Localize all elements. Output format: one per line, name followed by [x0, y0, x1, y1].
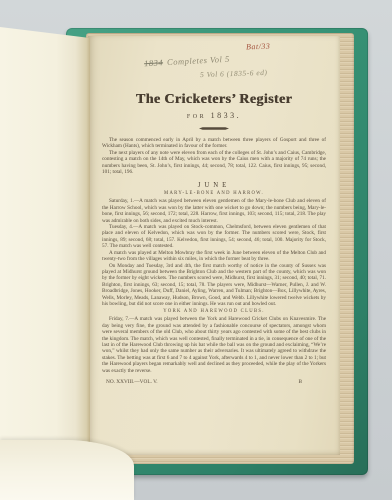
page-title: The Cricketers’ Register: [102, 92, 326, 108]
intro-paragraph: The season commenced early in April by a…: [102, 137, 326, 150]
flyleaf-bottom-curl: [0, 440, 134, 500]
match-paragraph: A match was played at Melton Mowbray the…: [102, 250, 326, 263]
footer-gathering-mark: B: [298, 379, 302, 385]
swelled-rule-divider: [199, 127, 229, 130]
section-heading-marylebone: MARY-LE-BONE AND HARROW.: [102, 191, 326, 196]
text-column: The Cricketers’ Register for 1833. The s…: [102, 40, 326, 385]
footer-signature: NO. XXVIII.—VOL. V.: [106, 379, 158, 385]
match-paragraph: Friday, 7.—A match was played between th…: [102, 316, 326, 374]
intro-paragraph: The next players of any note were eleven…: [102, 150, 326, 176]
page-subtitle: for 1833.: [102, 111, 326, 120]
section-heading-york: YORK AND HAREWOOD CLUBS.: [102, 309, 326, 314]
page-footer: NO. XXVIII.—VOL. V. B: [102, 379, 326, 385]
left-flyleaf-page: [0, 24, 90, 500]
match-paragraph: Saturday, 1.—A match was played between …: [102, 198, 326, 224]
month-heading: JUNE: [102, 182, 326, 189]
match-paragraph: On Monday and Tuesday, 3rd and 4th, the …: [102, 263, 326, 308]
printed-page: Bat/33 1834Completes Vol 5 5 Vol 6 (1835…: [88, 36, 340, 455]
match-paragraph: Tuesday, 4.—A match was played on Stock-…: [102, 224, 326, 250]
